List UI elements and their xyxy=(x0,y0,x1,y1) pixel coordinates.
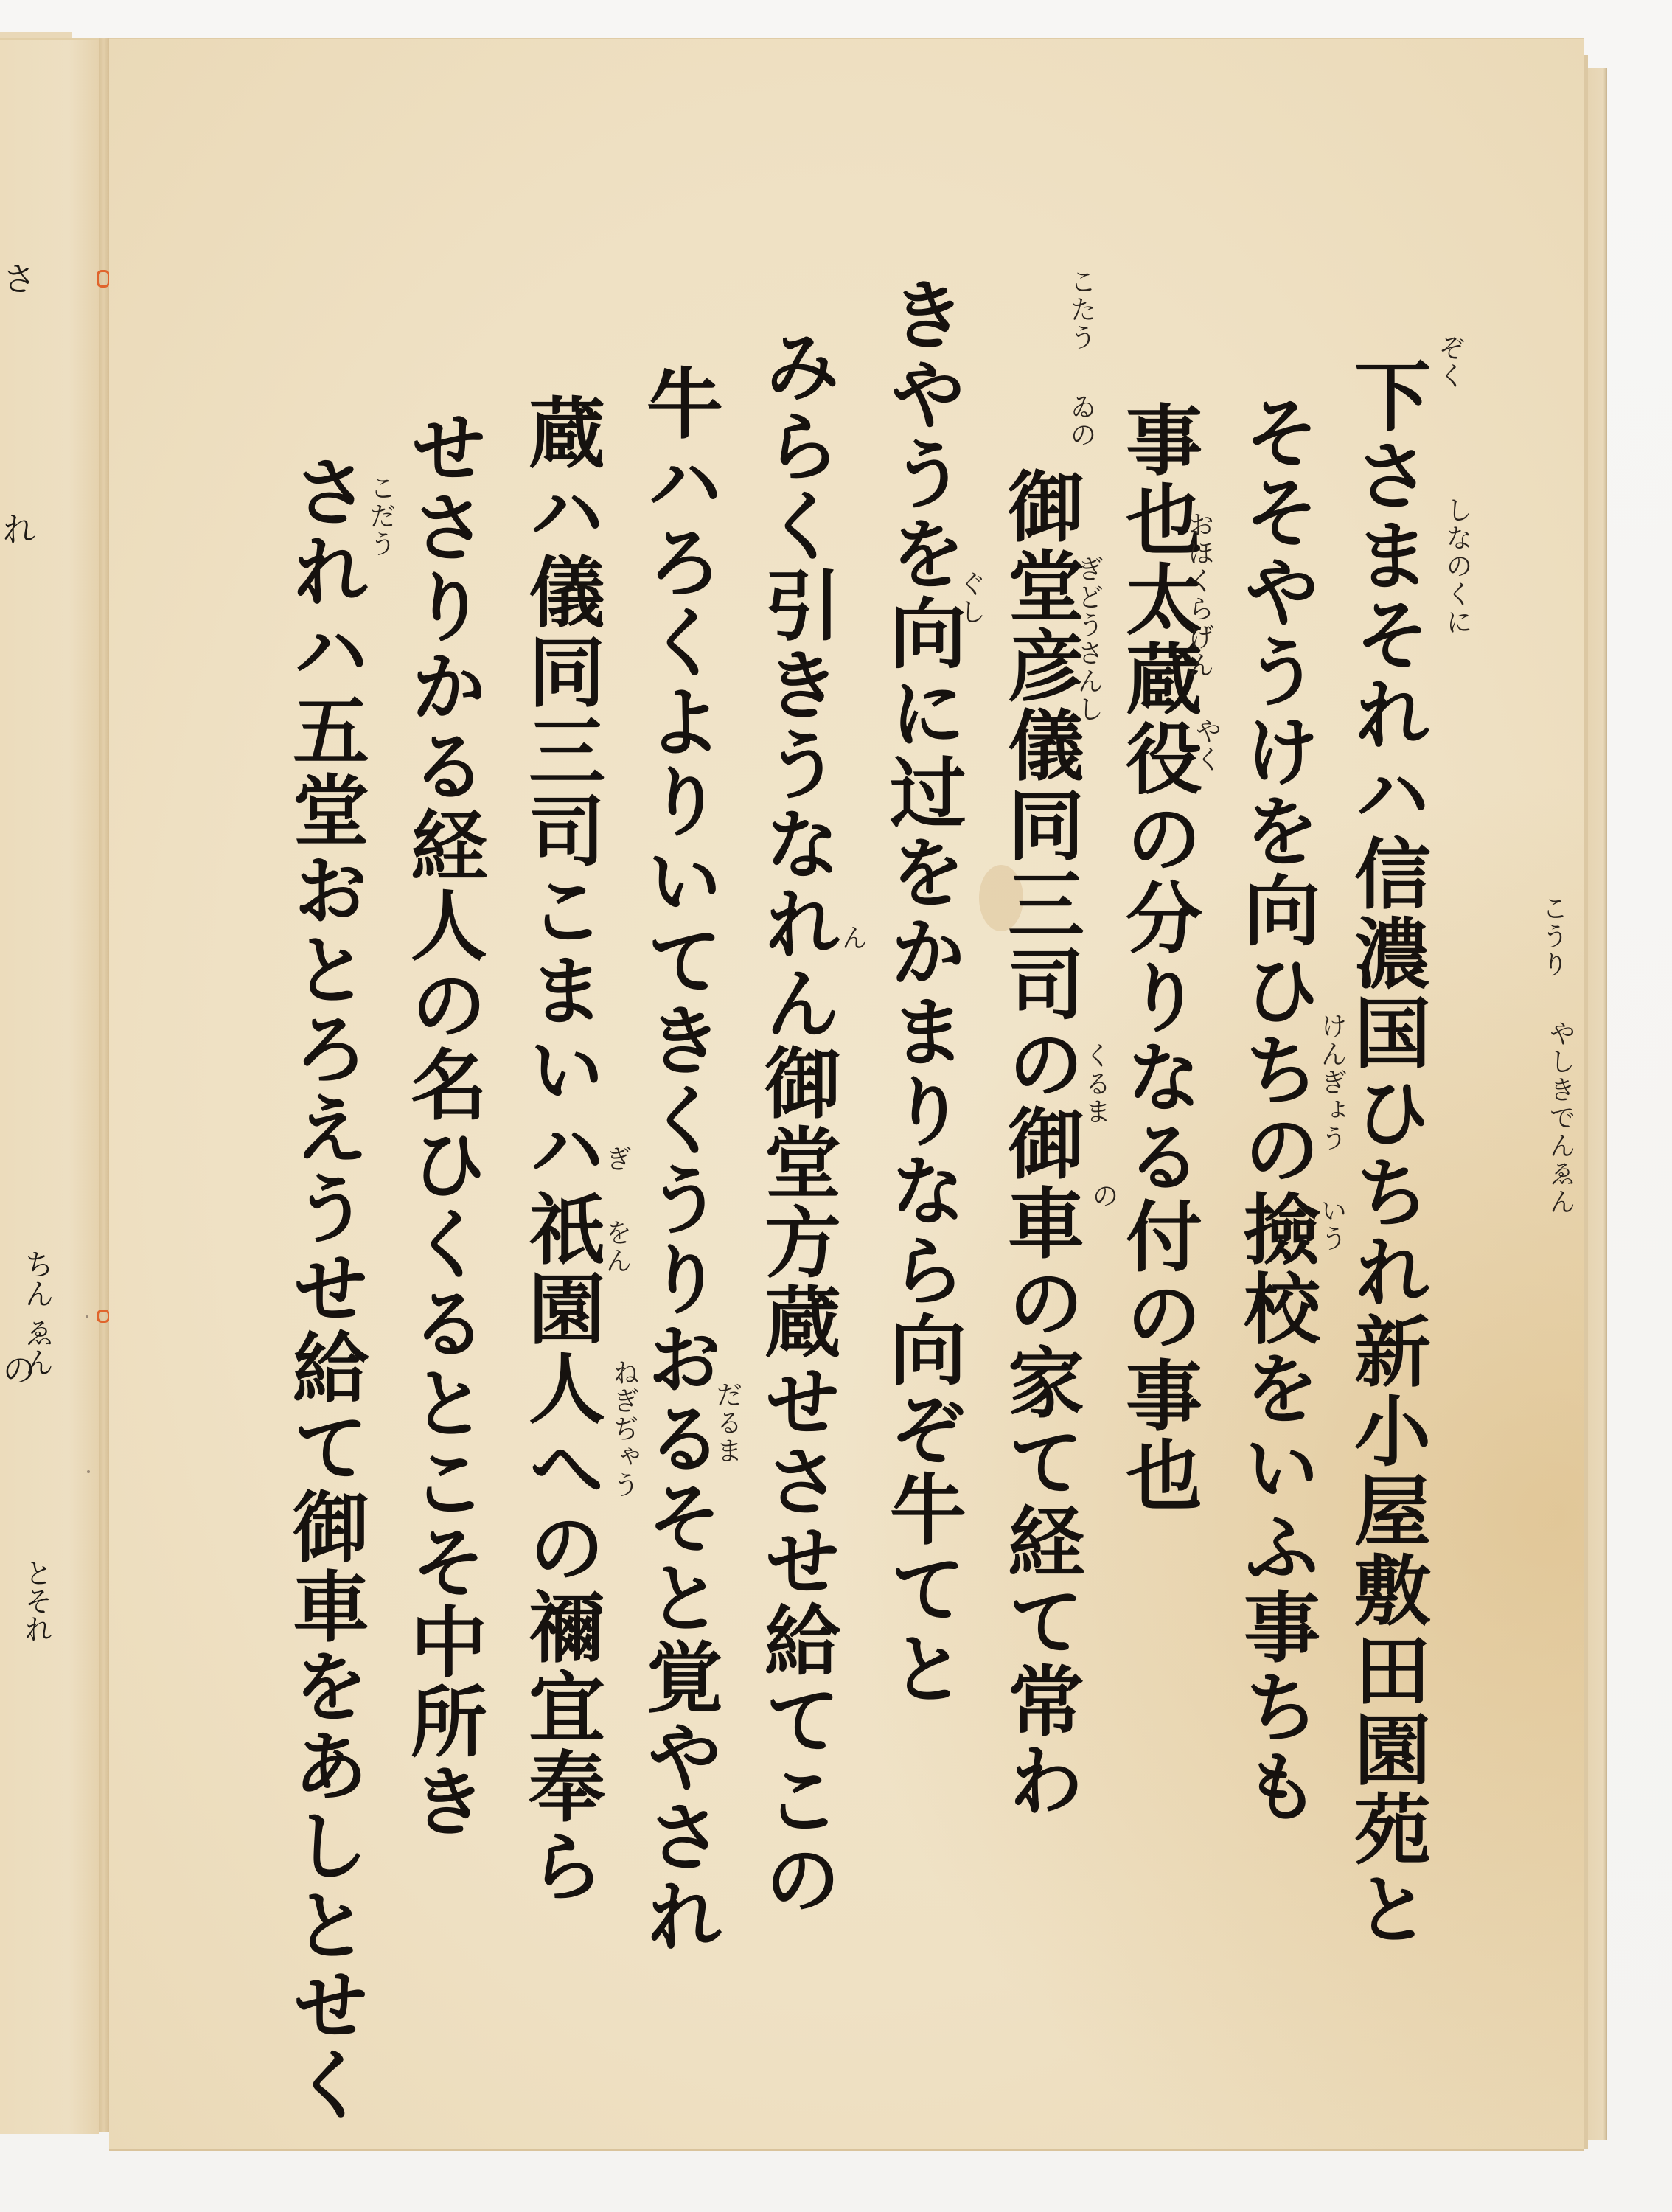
furigana: こだう xyxy=(367,474,394,558)
page-stack-edge xyxy=(1588,68,1607,2140)
page-stack-edge xyxy=(1584,55,1588,2149)
furigana: をん xyxy=(603,1219,630,1275)
furigana: ゐの xyxy=(1067,393,1094,449)
text-column-8: 蔵ハ儀同三司こまいハ祇園人への禰宜奉ら xyxy=(522,393,599,1906)
binding-thread-knot xyxy=(97,1310,110,1323)
furigana: やく xyxy=(1193,717,1219,773)
furigana: くるま xyxy=(1082,1042,1109,1126)
text-column-2: そそやうけを向ひちの撿校をいふ事ちも xyxy=(1237,393,1314,1826)
furigana: ん xyxy=(839,924,865,952)
left-page: さ れ の ちん ゑん とそれ xyxy=(0,38,99,2134)
furigana: しなのくに xyxy=(1443,496,1470,636)
furigana: おほくらげん xyxy=(1185,511,1212,679)
furigana: ぎどうさんし xyxy=(1075,555,1101,723)
text-column-7: 牛ハろくよりいてきくうりおるそと覚やされ xyxy=(640,364,717,1956)
furigana: の xyxy=(1090,1182,1116,1210)
text-column-4: 御堂彦儀同三司の御車の家て経て常わ xyxy=(1001,467,1078,1820)
furigana: いう xyxy=(1318,1197,1345,1253)
furigana: やしきでんゑん xyxy=(1547,1020,1573,1216)
book-photograph: さ れ の ちん ゑん とそれ 下さまそれハ信濃国ひちれ新小屋敷田園苑と ぞく … xyxy=(0,0,1672,2212)
left-page-fragment: さ xyxy=(0,261,34,295)
right-page: 下さまそれハ信濃国ひちれ新小屋敷田園苑と ぞく しなのくに こうり やしきでんゑ… xyxy=(109,38,1584,2151)
furigana: ぐし xyxy=(957,570,983,626)
furigana: ねぎぢゃう xyxy=(610,1359,637,1499)
book-spine-gutter xyxy=(99,38,109,2132)
left-page-furigana: ちん ゑん xyxy=(22,1249,52,1377)
stitch-hole xyxy=(87,1470,90,1473)
furigana: けんぎょう xyxy=(1318,1012,1345,1152)
furigana: だるま xyxy=(714,1381,740,1465)
text-column-1: 下さまそれハ信濃国ひちれ新小屋敷田園苑と xyxy=(1348,356,1424,1949)
left-page-furigana: とそれ xyxy=(22,1559,50,1643)
furigana: こたう xyxy=(1067,268,1094,352)
furigana: こうり xyxy=(1539,894,1566,978)
text-column-6: みらく引きうなれん御堂方蔵せさせ給てこの xyxy=(758,327,835,1919)
text-column-5: きやうを向に过をかまりなら向ぞ牛てと xyxy=(883,275,960,1708)
text-column-9: せさりかる経人の名ひくるとこそ中所き xyxy=(404,408,481,1841)
furigana: ぎ xyxy=(603,1145,630,1173)
left-page-fragment: れ xyxy=(0,512,34,546)
furigana: ぞく xyxy=(1436,334,1463,390)
binding-thread-knot xyxy=(97,270,110,288)
text-column-10: されハ五堂おとろえうせ給て御車をあしとせく xyxy=(286,452,363,2124)
stitch-hole xyxy=(86,1315,88,1318)
